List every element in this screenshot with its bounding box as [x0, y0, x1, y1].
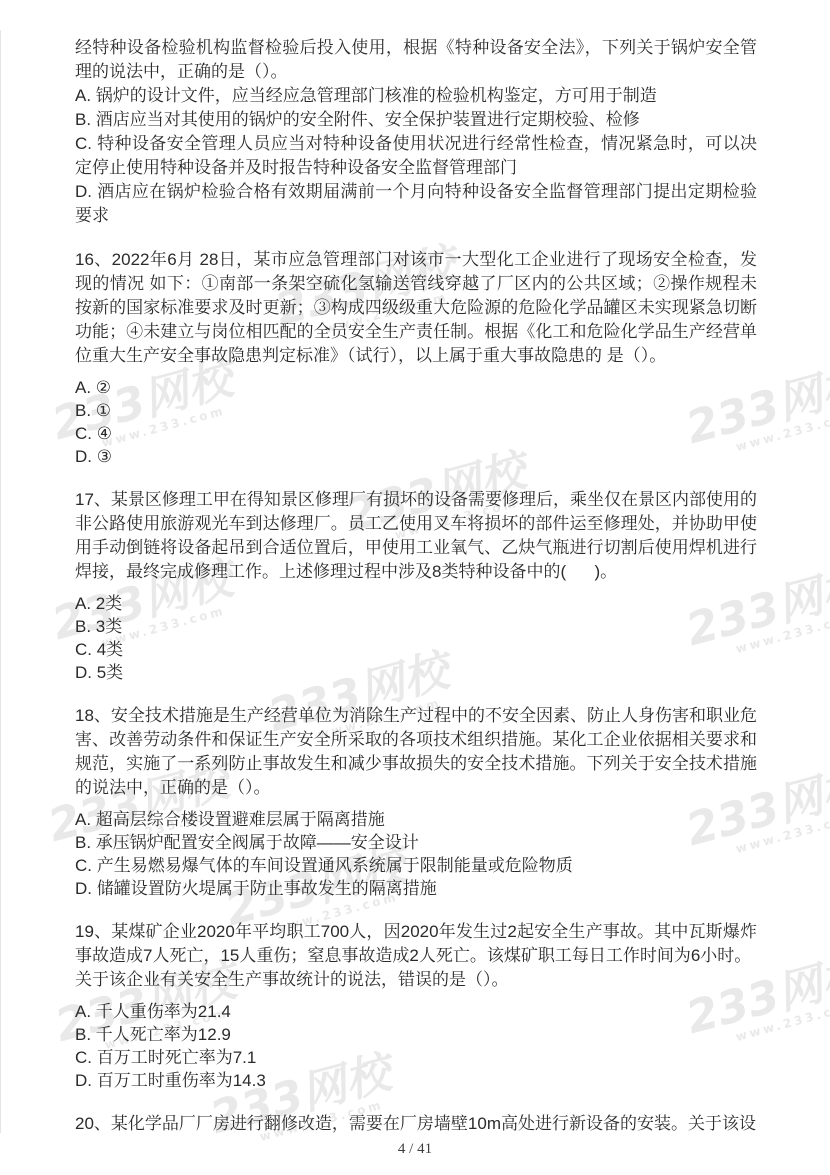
question-block-15-continuation: 经特种设备检验机构监督检验后投入使用，根据《特种设备安全法》，下列关于锅炉安全管… [75, 36, 757, 228]
option-d: D. 酒店应在锅炉检验合格有效期届满前一个月向特种设备安全监督管理部门提出定期检… [75, 180, 757, 228]
question-block-17: 17、某景区修理工甲在得知景区修理厂有损坏的设备需要修理后，乘坐仅在景区内部使用… [75, 488, 757, 684]
option-a: A. 锅炉的设计文件，应当经应急管理部门核准的检验机构鉴定，方可用于制造 [75, 84, 757, 108]
option-b: B. 承压锅炉配置安全阀属于故障——安全设计 [75, 831, 757, 854]
option-b: B. 千人死亡率为12.9 [75, 1023, 757, 1046]
question-text: 20、某化学品厂厂房进行翻修改造，需要在厂房墙壁10m高处进行新设备的安装。关于… [75, 1112, 757, 1136]
question-text: 17、某景区修理工甲在得知景区修理厂有损坏的设备需要修理后，乘坐仅在景区内部使用… [75, 488, 757, 584]
exam-content: 经特种设备检验机构监督检验后投入使用，根据《特种设备安全法》，下列关于锅炉安全管… [0, 0, 830, 1136]
question-block-20: 20、某化学品厂厂房进行翻修改造，需要在厂房墙壁10m高处进行新设备的安装。关于… [75, 1112, 757, 1136]
option-c: C. 产生易燃易爆气体的车间设置通风系统属于限制能量或危险物质 [75, 854, 757, 877]
options-list: A. 2类 B. 3类 C. 4类 D. 5类 [75, 592, 757, 684]
option-d: D. 储罐设置防火堤属于防止事故发生的隔离措施 [75, 877, 757, 900]
options-list: A. 锅炉的设计文件，应当经应急管理部门核准的检验机构鉴定，方可用于制造 B. … [75, 84, 757, 228]
options-list: A. ② B. ① C. ④ D. ③ [75, 376, 757, 468]
question-text-2: 关于该企业有关安全生产事故统计的说法，错误的是（）。 [75, 968, 757, 992]
question-text: 经特种设备检验机构监督检验后投入使用，根据《特种设备安全法》，下列关于锅炉安全管… [75, 36, 757, 84]
exam-document-page: 233网校 www.233.com 233网校 www.233.com 233网… [0, 0, 830, 1175]
option-a: A. 2类 [75, 592, 757, 615]
question-text: 19、某煤矿企业2020年平均职工700人，因2020年发生过2起安全生产事故。… [75, 920, 757, 968]
option-d: D. 百万工时重伤率为14.3 [75, 1069, 757, 1092]
option-d: D. 5类 [75, 661, 757, 684]
option-a: A. 千人重伤率为21.4 [75, 1000, 757, 1023]
options-list: A. 千人重伤率为21.4 B. 千人死亡率为12.9 C. 百万工时死亡率为7… [75, 1000, 757, 1092]
option-c: C. 特种设备安全管理人员应当对特种设备使用状况进行经常性检查，情况紧急时，可以… [75, 132, 757, 180]
option-c: C. 4类 [75, 638, 757, 661]
question-text: 16、2022年6月 28日，某市应急管理部门对该市一大型化工企业进行了现场安全… [75, 248, 757, 368]
option-b: B. 酒店应当对其使用的锅炉的安全附件、安全保护装置进行定期校验、检修 [75, 108, 757, 132]
question-block-19: 19、某煤矿企业2020年平均职工700人，因2020年发生过2起安全生产事故。… [75, 920, 757, 1092]
option-c: C. 百万工时死亡率为7.1 [75, 1046, 757, 1069]
option-a: A. ② [75, 376, 757, 399]
question-text: 18、安全技术措施是生产经营单位为消除生产过程中的不安全因素、防止人身伤害和职业… [75, 704, 757, 800]
option-b: B. ① [75, 399, 757, 422]
question-block-18: 18、安全技术措施是生产经营单位为消除生产过程中的不安全因素、防止人身伤害和职业… [75, 704, 757, 900]
option-d: D. ③ [75, 445, 757, 468]
option-b: B. 3类 [75, 615, 757, 638]
option-c: C. ④ [75, 422, 757, 445]
options-list: A. 超高层综合楼设置避难层属于隔离措施 B. 承压锅炉配置安全阀属于故障——安… [75, 808, 757, 900]
question-block-16: 16、2022年6月 28日，某市应急管理部门对该市一大型化工企业进行了现场安全… [75, 248, 757, 468]
option-a: A. 超高层综合楼设置避难层属于隔离措施 [75, 808, 757, 831]
page-number: 4 / 41 [0, 1141, 830, 1158]
